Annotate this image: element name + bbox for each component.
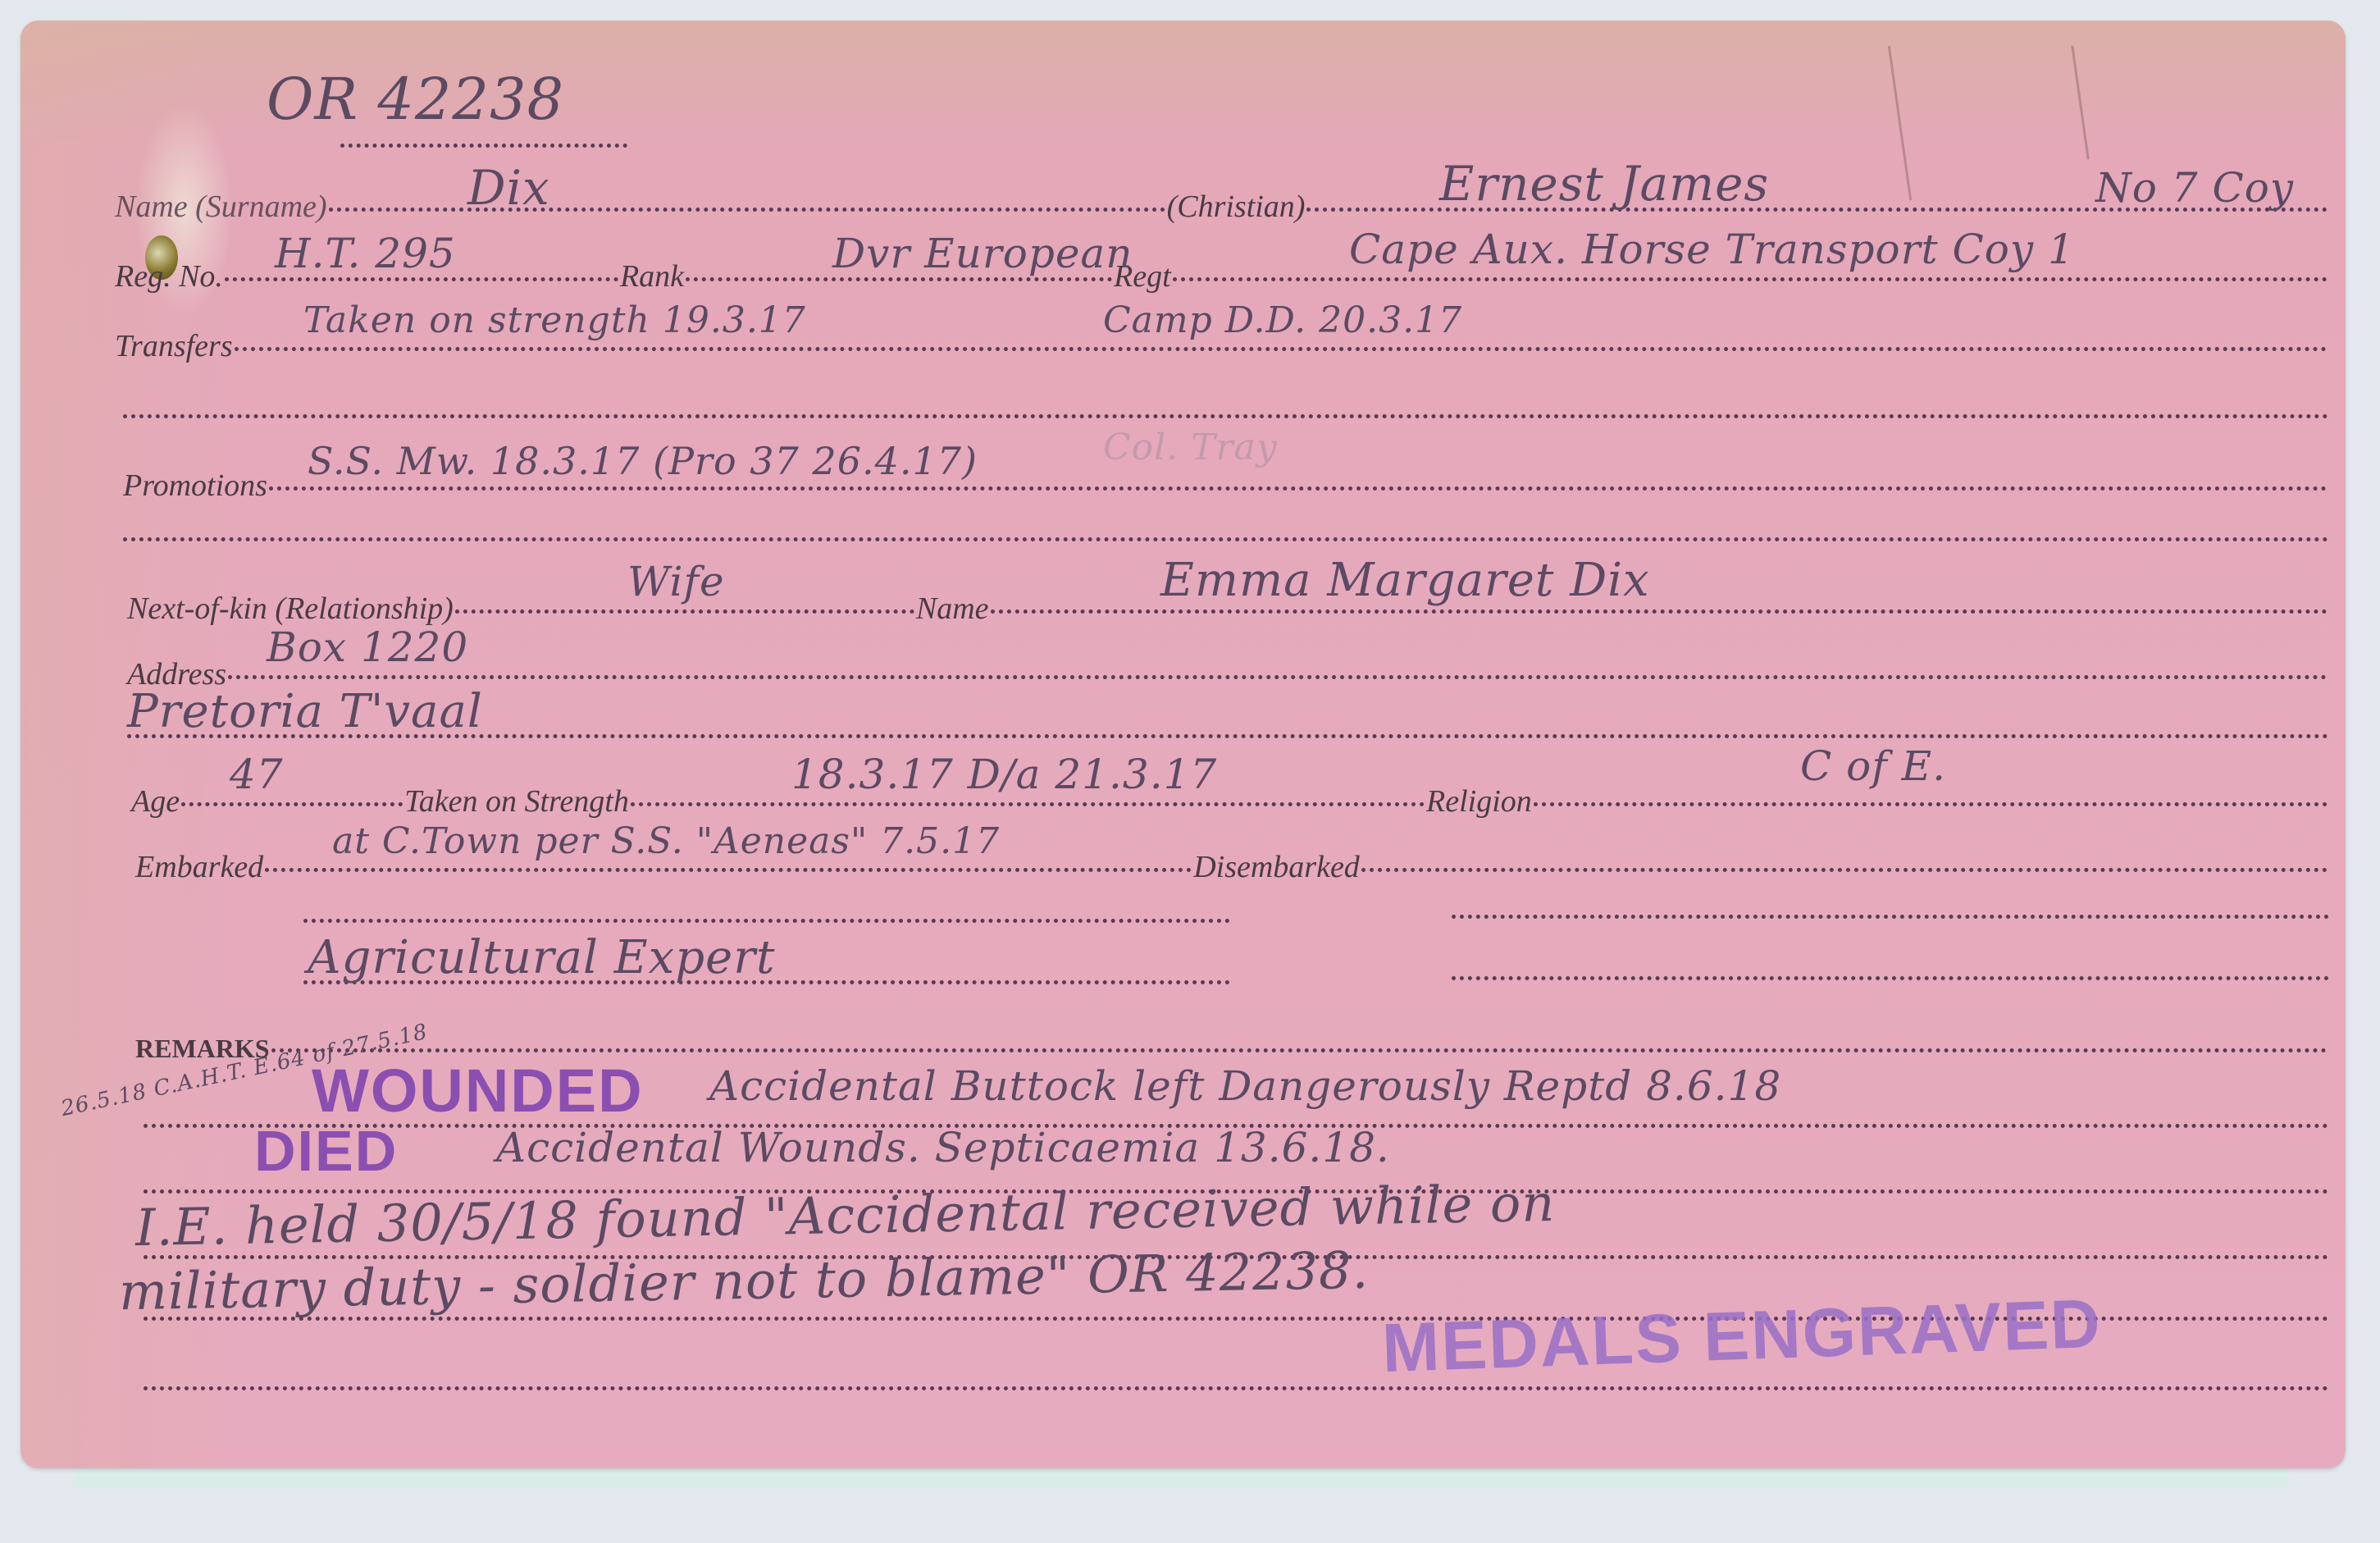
dotted-leader xyxy=(631,802,1425,806)
paper-crack xyxy=(1888,46,1912,201)
promotions-label: Promotions xyxy=(123,468,267,504)
nok-name-label: Name xyxy=(916,591,989,627)
faint-pencil-note: Col. Tray xyxy=(1103,427,1278,468)
name-row: Name (Surname) (Christian) xyxy=(115,189,2329,225)
dotted-leader xyxy=(686,277,1112,281)
reference-number: OR 42238 xyxy=(267,66,564,133)
religion-value: C of E. xyxy=(1800,742,1946,790)
dotted-leader xyxy=(228,675,2328,679)
embarked-label: Embarked xyxy=(135,849,263,885)
dotted-leader xyxy=(455,609,914,614)
remarks-dotted-line xyxy=(144,1386,2329,1390)
surname-value: Dix xyxy=(467,160,550,216)
taken-on-strength-label: Taken on Strength xyxy=(404,783,629,819)
dotted-leader xyxy=(1361,868,2328,872)
name-label: Name (Surname) xyxy=(115,189,327,225)
rank-label: Rank xyxy=(620,258,684,294)
promotions-value: S.S. Mw. 18.3.17 (Pro 37 26.4.17) xyxy=(308,439,978,483)
address-line2: Pretoria T'vaal xyxy=(127,685,483,738)
nok-name-value: Emma Margaret Dix xyxy=(1160,554,1650,607)
dotted-leader xyxy=(329,208,1165,212)
dotted-leader xyxy=(1534,802,2328,806)
christian-label: (Christian) xyxy=(1167,189,1306,225)
company-note: No 7 Coy xyxy=(2095,164,2294,212)
dotted-leader xyxy=(269,486,2328,491)
dotted-leader xyxy=(235,347,2328,351)
age-value: 47 xyxy=(230,751,284,798)
occupation-value: Agricultural Expert xyxy=(308,931,775,984)
religion-label: Religion xyxy=(1426,783,1532,819)
transfers-value-2: Camp D.D. 20.3.17 xyxy=(1103,299,1462,341)
blank-dotted-line xyxy=(123,537,2329,541)
christian-value: Ernest James xyxy=(1439,156,1769,212)
reg-no-label: Reg. No. xyxy=(115,258,223,294)
blank-dotted-line-right xyxy=(1452,915,2329,919)
embarked-value: at C.Town per S.S. "Aeneas" 7.5.17 xyxy=(332,820,1000,862)
blank-dotted-line xyxy=(123,414,2329,418)
dotted-leader xyxy=(271,1048,2328,1052)
address-line1: Box 1220 xyxy=(267,623,468,671)
age-row: Age Taken on Strength Religion xyxy=(131,783,2329,819)
relationship-value: Wife xyxy=(627,558,725,605)
next-of-kin-label: Next-of-kin (Relationship) xyxy=(127,591,454,627)
dotted-leader xyxy=(225,277,618,281)
regt-value: Cape Aux. Horse Transport Coy 1 xyxy=(1349,226,2075,273)
wounded-stamp: WOUNDED xyxy=(312,1056,644,1125)
rank-value: Dvr European xyxy=(832,230,1133,277)
reference-dotted-line xyxy=(340,144,627,148)
paper-crack xyxy=(2071,45,2089,159)
reg-no-value: H.T. 295 xyxy=(275,230,456,277)
dotted-leader xyxy=(991,609,2328,614)
dotted-leader xyxy=(1173,277,2328,281)
medals-engraved-stamp: MEDALS ENGRAVED xyxy=(1381,1284,2104,1389)
age-label: Age xyxy=(131,783,180,819)
transfers-label: Transfers xyxy=(115,328,233,364)
died-remark: Accidental Wounds. Septicaemia 13.6.18. xyxy=(496,1124,1390,1171)
dotted-leader xyxy=(181,802,403,806)
wounded-remark: Accidental Buttock left Dangerously Rept… xyxy=(709,1062,1781,1110)
blank-dotted-line-right xyxy=(1452,976,2329,980)
dotted-leader xyxy=(265,868,1192,872)
disembarked-label: Disembarked xyxy=(1193,849,1360,885)
blank-dotted-line-left xyxy=(303,919,1230,923)
service-record-card: OR 42238 Name (Surname) (Christian) Dix … xyxy=(21,21,2346,1468)
died-stamp: DIED xyxy=(254,1118,398,1184)
transfers-value: Taken on strength 19.3.17 xyxy=(303,299,806,341)
taken-on-strength-value: 18.3.17 D/a 21.3.17 xyxy=(791,751,1217,798)
